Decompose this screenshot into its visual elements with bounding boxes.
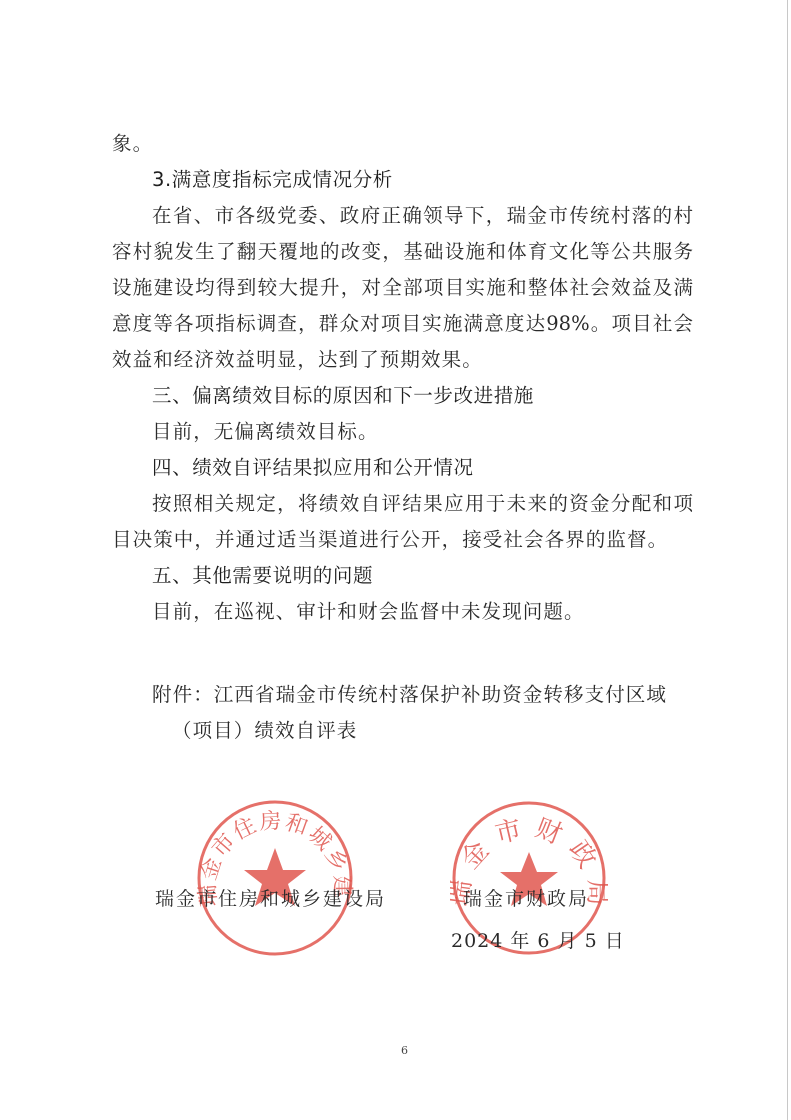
- paragraph-line: 目决策中，并通过适当渠道进行公开，接受社会各界的监督。: [112, 528, 668, 552]
- official-seal-left: 瑞金市住房和城乡建设局: [193, 798, 357, 958]
- page-edge: [787, 0, 788, 1120]
- paragraph-line: 意度等各项指标调查，群众对项目实施满意度达98%。项目社会: [112, 312, 693, 336]
- signature-housing-bureau: 瑞金市住房和城乡建设局: [155, 884, 386, 911]
- paragraph-line: 设施建设均得到较大提升，对全部项目实施和整体社会效益及满: [112, 276, 693, 300]
- paragraph-line: 目前，在巡视、审计和财会监督中未发现问题。: [152, 600, 585, 624]
- section-heading-3: 三、偏离绩效目标的原因和下一步改进措施: [152, 384, 534, 408]
- paragraph-line: 效益和经济效益明显，达到了预期效果。: [112, 348, 483, 372]
- paragraph-line: 目前，无偏离绩效目标。: [152, 420, 379, 444]
- paragraph-line: 容村貌发生了翻天覆地的改变，基础设施和体育文化等公共服务: [112, 240, 693, 264]
- paragraph-line: 在省、市各级党委、政府正确领导下，瑞金市传统村落的村: [152, 204, 693, 228]
- subheading-satisfaction: 3.满意度指标完成情况分析: [152, 168, 393, 192]
- signature-finance-bureau: 瑞金市财政局: [463, 884, 589, 911]
- signature-date: 2024 年 6 月 5 日: [451, 926, 625, 953]
- section-heading-4: 四、绩效自评结果拟应用和公开情况: [152, 456, 474, 480]
- attachment-line-1: 附件：江西省瑞金市传统村落保护补助资金转移支付区域: [152, 683, 667, 707]
- paragraph-line: 按照相关规定，将绩效自评结果应用于未来的资金分配和项: [152, 492, 693, 516]
- attachment-line-2: （项目）绩效自评表: [172, 719, 357, 743]
- page-number: 6: [401, 1044, 408, 1057]
- paragraph-continuation: 象。: [112, 132, 153, 156]
- section-heading-5: 五、其他需要说明的问题: [152, 564, 373, 588]
